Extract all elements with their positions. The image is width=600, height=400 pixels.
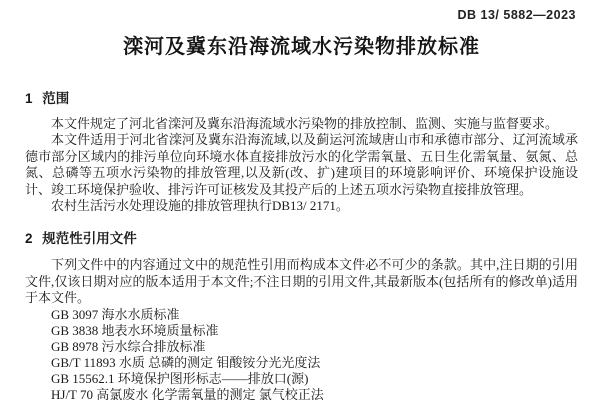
reference-list: GB 3097 海水水质标准 GB 3838 地表水环境质量标准 GB 8978… — [25, 307, 578, 400]
reference-item: GB 3838 地表水环境质量标准 — [25, 323, 578, 339]
reference-item: GB 8978 污水综合排放标准 — [25, 339, 578, 355]
normative-references-intro-paragraph: 下列文件中的内容通过文中的规范性引用而构成本文件必不可少的条款。其中,注日期的引… — [25, 257, 578, 306]
section-heading-scope: 1 范围 — [25, 91, 578, 107]
reference-item: GB/T 11893 水质 总磷的测定 钼酸铵分光光度法 — [25, 355, 578, 371]
reference-item: HJ/T 70 高氯废水 化学需氧量的测定 氯气校正法 — [25, 387, 578, 400]
scope-paragraph-2: 本文件适用于河北省滦河及冀东沿海流域,以及蓟运河流域唐山市和承德市部分、辽河流域… — [25, 132, 578, 198]
scope-paragraph-3: 农村生活污水处理设施的排放管理执行DB13/ 2171。 — [25, 198, 578, 214]
scope-paragraph-1: 本文件规定了河北省滦河及冀东沿海流域水污染物的排放控制、监测、实施与监督要求。 — [25, 116, 578, 132]
document-page: DB 13/ 5882—2023 滦河及冀东沿海流域水污染物排放标准 1 范围 … — [0, 0, 600, 400]
reference-item: GB 3097 海水水质标准 — [25, 307, 578, 323]
section-heading-normative-references: 2 规范性引用文件 — [25, 231, 578, 247]
standard-number: DB 13/ 5882—2023 — [25, 0, 578, 23]
document-title: 滦河及冀东沿海流域水污染物排放标准 — [25, 34, 578, 60]
reference-item: GB 15562.1 环境保护图形标志——排放口(源) — [25, 371, 578, 387]
